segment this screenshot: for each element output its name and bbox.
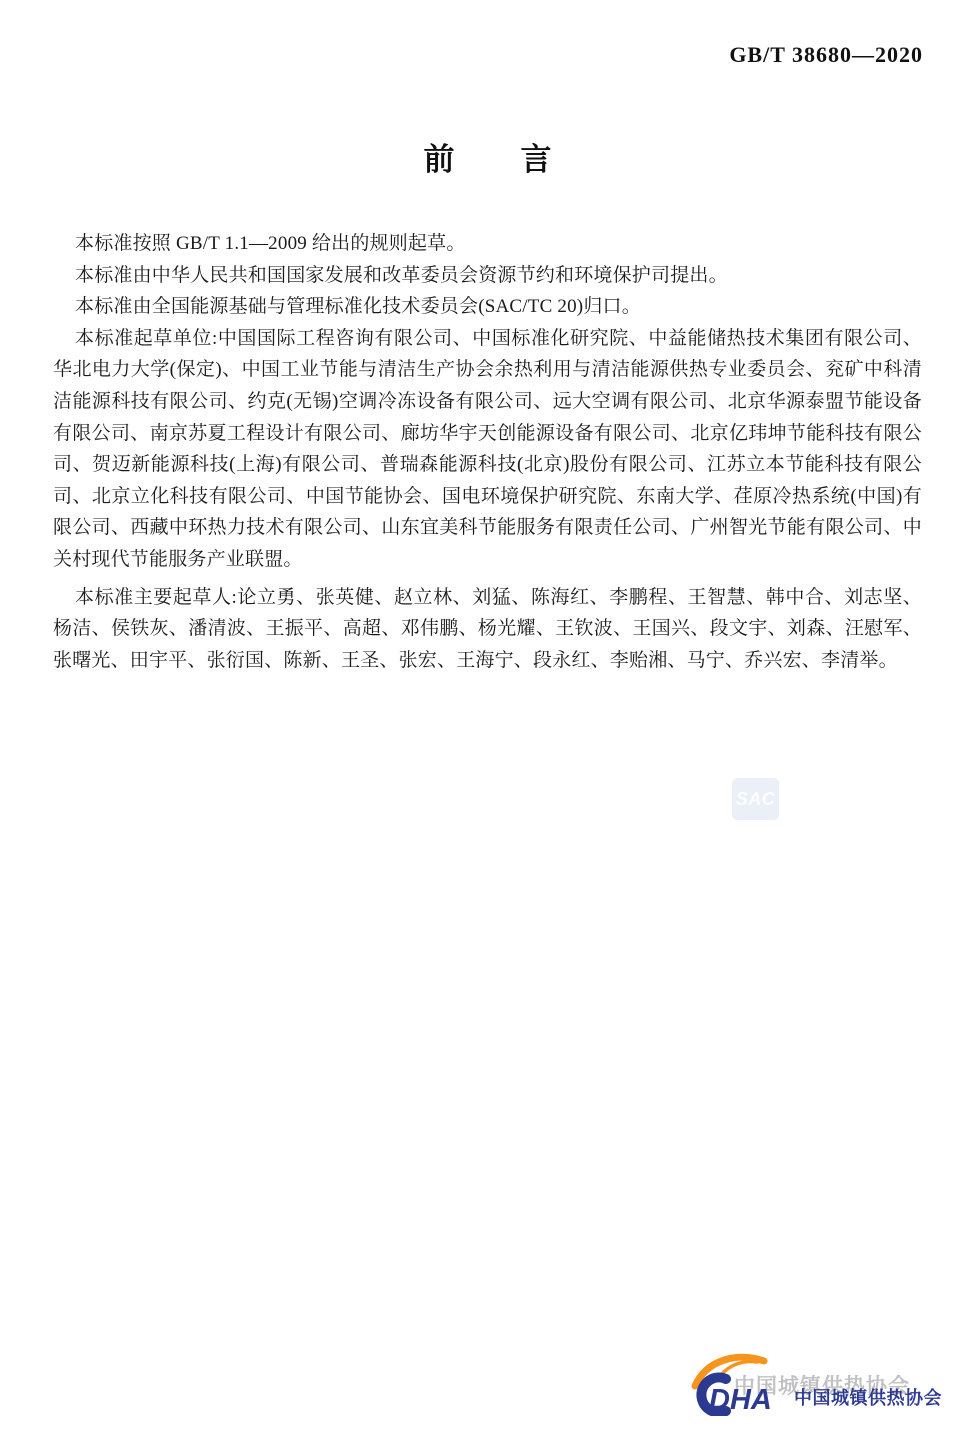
paragraph-drafting-organizations: 本标准起草单位:中国国际工程咨询有限公司、中国标准化研究院、中益能储热技术集团有… bbox=[53, 323, 922, 576]
standard-number: GB/T 38680—2020 bbox=[729, 42, 923, 68]
page-title-char-2: 言 bbox=[521, 134, 552, 179]
cdha-logo-dha-text: DHA bbox=[709, 1384, 772, 1416]
cdha-logo-org-name: 中国城镇供热协会 bbox=[794, 1384, 942, 1410]
paragraph-proposed-by: 本标准由中华人民共和国国家发展和改革委员会资源节约和环境保护司提出。 bbox=[53, 260, 922, 292]
sac-watermark-text: SAC bbox=[736, 789, 776, 810]
page-title: 前 言 bbox=[53, 134, 922, 179]
document-page: GB/T 38680—2020 前 言 本标准按照 GB/T 1.1—2009 … bbox=[0, 0, 956, 1429]
cdha-logo-icon: DHA bbox=[688, 1352, 800, 1416]
page-title-char-1: 前 bbox=[424, 134, 455, 179]
paragraph-centralized-by: 本标准由全国能源基础与管理标准化技术委员会(SAC/TC 20)归口。 bbox=[53, 291, 922, 323]
sac-watermark: SAC bbox=[732, 778, 779, 820]
cdha-logo: 中国城镇供热协会 DHA 中国城镇供热协会 bbox=[688, 1350, 943, 1418]
foreword-body: 本标准按照 GB/T 1.1—2009 给出的规则起草。 本标准由中华人民共和国… bbox=[53, 228, 922, 676]
paragraph-chief-drafters: 本标准主要起草人:论立勇、张英健、赵立林、刘猛、陈海红、李鹏程、王智慧、韩中合、… bbox=[53, 582, 922, 677]
paragraph-drafting-rule: 本标准按照 GB/T 1.1—2009 给出的规则起草。 bbox=[53, 228, 922, 260]
